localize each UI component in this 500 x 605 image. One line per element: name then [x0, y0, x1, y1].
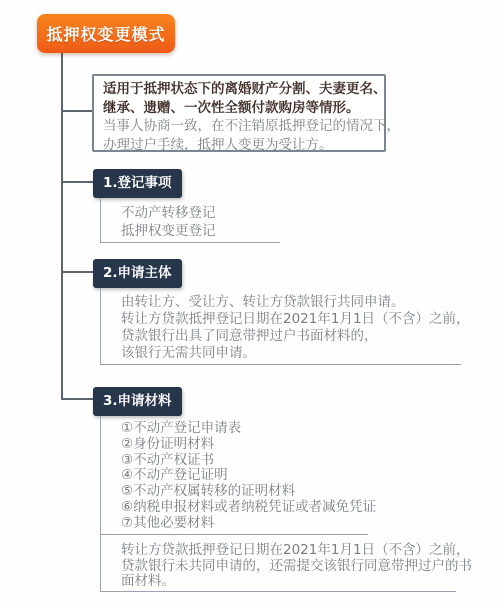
section-item: ②身份证明材料 — [121, 437, 376, 453]
section-3-underline-2 — [100, 591, 456, 592]
note-line: 转让方贷款抵押登记日期在2021年1月1日（不含）之前， — [121, 543, 472, 559]
branch-line-section-3 — [62, 398, 93, 400]
section-item: ⑦其他必要材料 — [121, 516, 376, 532]
section-item: 该银行无需共同申请。 — [121, 345, 470, 362]
section-1-vline — [100, 198, 101, 243]
intro-emphasis-line: 适用于抵押状态下的离婚财产分割、夫妻更名、 — [103, 80, 375, 99]
section-item: 转让方贷款抵押登记日期在2021年1月1日（不含）之前， — [121, 311, 470, 328]
section-3-items: ①不动产登记申请表 ②身份证明材料 ③不动产权证书 ④不动产登记证明 ⑤不动产权… — [121, 421, 376, 532]
section-item: ⑤不动产权属转移的证明材料 — [121, 484, 376, 500]
section-1-underline — [100, 242, 280, 243]
section-item: 不动产转移登记 — [121, 204, 216, 222]
root-topic-label: 抵押权变更模式 — [46, 22, 165, 45]
branch-line-intro — [62, 110, 92, 112]
intro-body-line: 办理过户手续，抵押人变更为受让方。 — [103, 136, 375, 155]
section-item: ①不动产登记申请表 — [121, 421, 376, 437]
section-3-underline-1 — [100, 534, 368, 535]
root-topic-badge: 抵押权变更模式 — [37, 14, 175, 53]
section-3-note: 转让方贷款抵押登记日期在2021年1月1日（不含）之前， 贷款银行未共同申请的，… — [121, 543, 472, 590]
section-header-3: 3.申请材料 — [93, 387, 182, 416]
section-item: 贷款银行出具了同意带押过户书面材料的， — [121, 328, 470, 345]
branch-line-section-1 — [62, 181, 93, 183]
section-2-underline — [100, 364, 461, 365]
section-2-items: 由转让方、受让方、转让方贷款银行共同申请。 转让方贷款抵押登记日期在2021年1… — [121, 294, 470, 362]
section-item: ④不动产登记证明 — [121, 468, 376, 484]
section-1-items: 不动产转移登记 抵押权变更登记 — [121, 204, 216, 240]
section-2-vline — [100, 288, 101, 365]
trunk-line — [61, 53, 63, 400]
note-line: 面材料。 — [121, 574, 472, 590]
section-item: 由转让方、受让方、转让方贷款银行共同申请。 — [121, 294, 470, 311]
intro-box: 适用于抵押状态下的离婚财产分割、夫妻更名、 继承、遗赠、一次性全额付款购房等情形… — [92, 74, 386, 152]
branch-line-section-2 — [62, 271, 93, 273]
note-line: 贷款银行未共同申请的，还需提交该银行同意带押过户的书 — [121, 559, 472, 575]
section-header-1: 1.登记事项 — [93, 169, 182, 198]
intro-emphasis-line: 继承、遗赠、一次性全额付款购房等情形。 — [103, 99, 375, 118]
section-title: 3.申请材料 — [103, 393, 172, 409]
intro-body-line: 当事人协商一致，在不注销原抵押登记的情况下， — [103, 117, 375, 136]
section-3-vline — [100, 416, 101, 592]
section-title: 1.登记事项 — [103, 175, 172, 191]
section-title: 2.申请主体 — [103, 265, 172, 281]
section-header-2: 2.申请主体 — [93, 259, 182, 288]
section-item: ⑥纳税申报材料或者纳税凭证或者减免凭证 — [121, 500, 376, 516]
section-item: 抵押权变更登记 — [121, 222, 216, 240]
